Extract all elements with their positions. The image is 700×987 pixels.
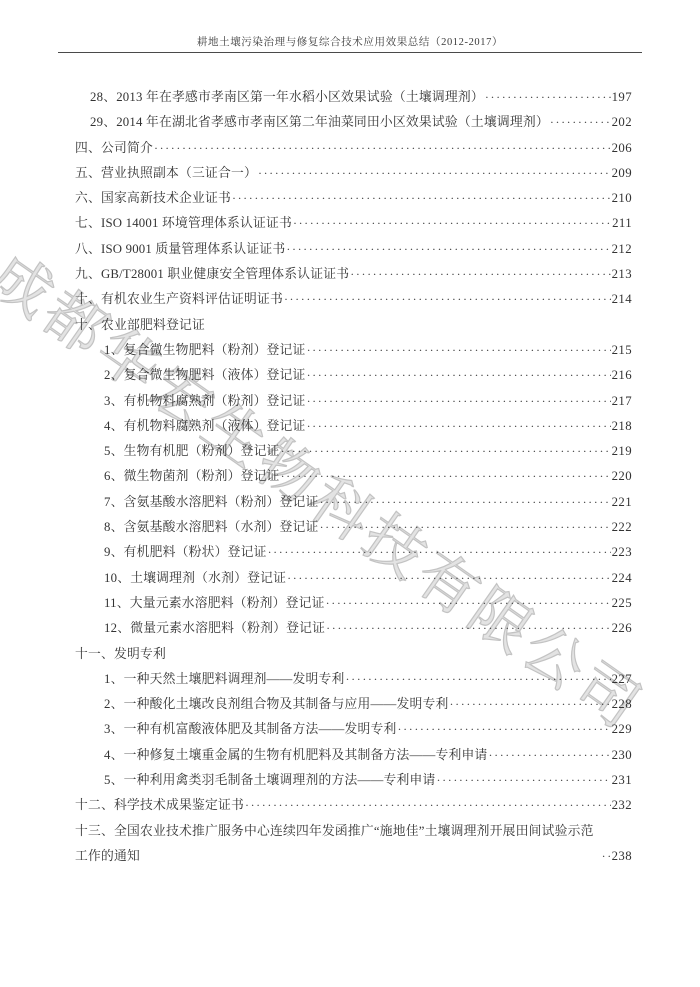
toc-entry-text: 十三、全国农业技术推广服务中心连续四年发函推广“施地佳”土壤调理剂开展田间试验示… [75,819,601,870]
toc-entry-text: 3、一种有机富酸液体肥及其制备方法——发明专利 [104,717,397,742]
toc-page-number: 217 [612,389,632,414]
toc-entry: 5、一种利用禽类羽毛制备土壤调理剂的方法——专利申请 231 [75,768,632,793]
toc-leader-dots [287,566,610,591]
toc-entry-text: 2、复合微生物肥料（液体）登记证 [104,363,306,388]
toc-page-number: 231 [612,768,632,793]
toc-entry: 10、土壤调理剂（水剂）登记证 224 [75,566,632,591]
toc-entry: 十三、全国农业技术推广服务中心连续四年发函推广“施地佳”土壤调理剂开展田间试验示… [75,819,632,870]
toc-entry-text: 28、2013 年在孝感市孝南区第一年水稻小区效果试验（土壤调理剂） [90,85,484,110]
toc-entry: 2、一种酸化土壤改良剂组合物及其制备与应用——发明专利 228 [75,692,632,717]
toc-entry: 十二、科学技术成果鉴定证书 232 [75,793,632,818]
document-page: 成都华宏生物科技有限公司 耕地土壤污染治理与修复综合技术应用效果总结（2012-… [0,0,700,987]
toc-entry: 5、生物有机肥（粉剂）登记证 219 [75,439,632,464]
toc-page-number: 214 [612,287,632,312]
toc-entry-text: 八、ISO 9001 质量管理体系认证证书 [75,237,285,262]
page-header-title: 耕地土壤污染治理与修复综合技术应用效果总结（2012-2017） [58,34,642,53]
toc-page-number: 202 [612,110,632,135]
toc-entry: 9、有机肥料（粉状）登记证 223 [75,540,632,565]
toc-entry-text: 十、农业部肥料登记证 [75,313,205,338]
toc-entry: 3、有机物料腐熟剂（粉剂）登记证 217 [75,389,632,414]
toc-entry: 8、含氨基酸水溶肥料（水剂）登记证 222 [75,515,632,540]
toc-entry-text: 1、一种天然土壤肥料调理剂——发明专利 [104,667,345,692]
toc-leader-dots [320,490,611,515]
toc-page-number: 211 [612,211,632,236]
toc-entry-text: 2、一种酸化土壤改良剂组合物及其制备与应用——发明专利 [104,692,449,717]
toc-entry: 2、复合微生物肥料（液体）登记证 216 [75,363,632,388]
toc-page-number: 223 [612,540,632,565]
toc-entry-text: 11、大量元素水溶肥料（粉剂）登记证 [104,591,325,616]
toc-entry: 3、一种有机富酸液体肥及其制备方法——发明专利 229 [75,717,632,742]
toc-leader-dots [307,389,611,414]
toc-entry: 4、有机物料腐熟剂（液体）登记证 218 [75,414,632,439]
toc-entry: 十、农业部肥料登记证 [75,313,632,338]
toc-entry-text: 十二、科学技术成果鉴定证书 [75,793,244,818]
toc-entry-text: 5、生物有机肥（粉剂）登记证 [104,439,280,464]
toc-page-number: 228 [612,692,632,717]
toc-page-number: 224 [612,566,632,591]
toc-page-number: 215 [612,338,632,363]
toc-entry-text: 7、含氨基酸水溶肥料（粉剂）登记证 [104,490,319,515]
toc-page-number: 218 [612,414,632,439]
toc-leader-dots [281,439,611,464]
toc-leader-dots [281,464,611,489]
toc-entry: 28、2013 年在孝感市孝南区第一年水稻小区效果试验（土壤调理剂） 197 [75,85,632,110]
toc-page-number: 227 [612,667,632,692]
toc-page-number: 219 [612,439,632,464]
toc-page-number: 213 [612,262,632,287]
toc-entry: 九、GB/T28001 职业健康安全管理体系认证证书 213 [75,262,632,287]
toc-leader-dots [450,692,611,717]
toc-page-number: 206 [612,136,632,161]
toc-entry-text: 五、营业执照副本（三证合一） [75,161,257,186]
toc-leader-dots [346,667,611,692]
toc-page-number: 197 [612,85,632,110]
toc-leader-dots [398,717,611,742]
toc-entry: 七、ISO 14001 环境管理体系认证证书 211 [75,211,632,236]
toc-entry: 八、ISO 9001 质量管理体系认证证书 212 [75,237,632,262]
toc-leader-dots [326,616,610,641]
toc-entry: 十一、发明专利 [75,642,632,667]
toc-leader-dots [485,85,611,110]
toc-entry: 十、有机农业生产资料评估证明证书 214 [75,287,632,312]
toc-page-number: 230 [612,743,632,768]
toc-entry-text: 9、有机肥料（粉状）登记证 [104,540,267,565]
toc-entry: 6、微生物菌剂（粉剂）登记证 220 [75,464,632,489]
toc-entry-text: 七、ISO 14001 环境管理体系认证证书 [75,211,292,236]
toc-entry-text: 4、有机物料腐熟剂（液体）登记证 [104,414,306,439]
toc-entry-text: 10、土壤调理剂（水剂）登记证 [104,566,286,591]
toc-leader-dots [489,743,611,768]
toc-entry-text: 九、GB/T28001 职业健康安全管理体系认证证书 [75,262,349,287]
toc-entry: 四、公司简介 206 [75,136,632,161]
toc-page-number: 232 [612,793,632,818]
toc-leader-dots [307,338,611,363]
toc-leader-dots [258,161,611,186]
toc-entry-text: 6、微生物菌剂（粉剂）登记证 [104,464,280,489]
toc-entry-text: 十、有机农业生产资料评估证明证书 [75,287,283,312]
toc-entry: 29、2014 年在湖北省孝感市孝南区第二年油菜同田小区效果试验（土壤调理剂） … [75,110,632,135]
toc-page-number: 222 [612,515,632,540]
toc-page-number: 229 [612,717,632,742]
toc-leader-dots [293,211,611,236]
toc-leader-dots [268,540,611,565]
toc-entry: 六、国家高新技术企业证书 210 [75,186,632,211]
toc-entry: 12、微量元素水溶肥料（粉剂）登记证 226 [75,616,632,641]
toc-page-number: 238 [612,844,632,869]
toc-page-number: 210 [612,186,632,211]
toc-entry: 11、大量元素水溶肥料（粉剂）登记证 225 [75,591,632,616]
toc-leader-dots [232,186,611,211]
toc-entry-text: 4、一种修复土壤重金属的生物有机肥料及其制备方法——专利申请 [104,743,488,768]
toc-leader-dots [284,287,611,312]
toc-entry-text: 5、一种利用禽类羽毛制备土壤调理剂的方法——专利申请 [104,768,436,793]
toc-entry: 4、一种修复土壤重金属的生物有机肥料及其制备方法——专利申请 230 [75,743,632,768]
toc-page-number: 221 [612,490,632,515]
toc-entry: 五、营业执照副本（三证合一） 209 [75,161,632,186]
toc: 28、2013 年在孝感市孝南区第一年水稻小区效果试验（土壤调理剂） 197 2… [75,85,632,869]
toc-page-number: 225 [612,591,632,616]
toc-entry-text: 1、复合微生物肥料（粉剂）登记证 [104,338,306,363]
toc-entry: 1、一种天然土壤肥料调理剂——发明专利 227 [75,667,632,692]
toc-leader-dots [350,262,610,287]
toc-page-number: 209 [612,161,632,186]
toc-entry-text: 8、含氨基酸水溶肥料（水剂）登记证 [104,515,319,540]
toc-entry-text: 十一、发明专利 [75,642,166,667]
toc-leader-dots [326,591,611,616]
toc-leader-dots [550,110,611,135]
toc-entry: 1、复合微生物肥料（粉剂）登记证 215 [75,338,632,363]
toc-page-number: 212 [612,237,632,262]
toc-page-number: 226 [612,616,632,641]
page-content: 耕地土壤污染治理与修复综合技术应用效果总结（2012-2017） 28、2013… [0,34,700,869]
toc-entry-text: 四、公司简介 [75,136,153,161]
toc-entry-text: 3、有机物料腐熟剂（粉剂）登记证 [104,389,306,414]
toc-leader-dots [154,136,611,161]
toc-leader-dots [245,793,611,818]
toc-leader-dots [602,844,611,869]
toc-leader-dots [286,237,610,262]
toc-entry: 7、含氨基酸水溶肥料（粉剂）登记证 221 [75,490,632,515]
toc-leader-dots [437,768,611,793]
toc-leader-dots [307,414,611,439]
toc-entry-text: 29、2014 年在湖北省孝感市孝南区第二年油菜同田小区效果试验（土壤调理剂） [90,110,549,135]
toc-entry-text: 六、国家高新技术企业证书 [75,186,231,211]
toc-entry-text: 12、微量元素水溶肥料（粉剂）登记证 [104,616,325,641]
toc-leader-dots [320,515,611,540]
toc-page-number: 216 [612,363,632,388]
toc-page-number: 220 [612,464,632,489]
toc-leader-dots [307,363,611,388]
